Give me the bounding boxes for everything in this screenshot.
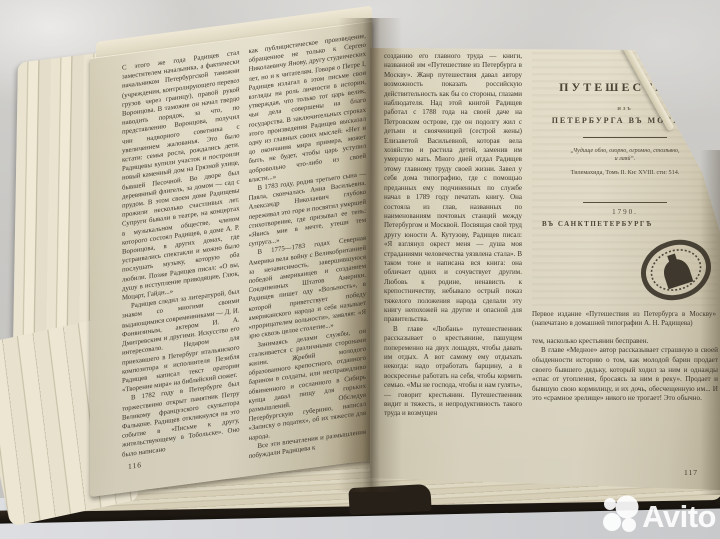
paragraph: С этого же года Радищев стал заместителе…	[122, 48, 240, 303]
facsimile-rule-2	[583, 202, 667, 203]
facsimile-place: ВЪ САНКТПЕТЕРБУРГѢ	[532, 220, 718, 228]
right-page-column-2-body: тем, насколько крестьянин бесправен. В г…	[532, 337, 718, 404]
paragraph: В главе «Медное» автор рассказывает стра…	[532, 346, 718, 404]
left-page-text-block: С этого же года Радищев стал заместителе…	[122, 32, 366, 482]
paragraph: тем, насколько крестьянин бесправен.	[532, 337, 718, 347]
book-gutter-shadow	[338, 18, 402, 492]
left-page-column-1: С этого же года Радищев стал заместителе…	[122, 48, 240, 481]
avito-watermark: Avito	[602, 495, 716, 533]
epigraph-line-2: и лаяй“.	[532, 156, 718, 164]
facsimile-year: 1790.	[532, 208, 718, 216]
paragraph: Радищев следил за литературой, был знако…	[122, 288, 240, 396]
paragraph: созданию его главного труда — книги, наз…	[384, 52, 522, 325]
avito-dots-logo-icon	[602, 495, 640, 533]
right-page-edge-shadow	[700, 150, 720, 495]
figure-caption: Первое издание «Путешествия из Петербург…	[532, 310, 716, 329]
page-number-left: 116	[128, 460, 142, 471]
facsimile-source: Тилемахида, Томъ II. Кн: XVIII. сти: 514…	[532, 169, 718, 176]
paragraph: В главе «Любань» путешественник рассказы…	[384, 325, 522, 419]
facsimile-rule	[583, 137, 667, 138]
photo-of-open-book: С этого же года Радищев стал заместителе…	[0, 0, 720, 539]
left-page: С этого же года Радищев стал заместителе…	[90, 21, 372, 497]
right-page-column-1: созданию его главного труда — книги, наз…	[384, 52, 522, 476]
page-number-right: 117	[684, 468, 698, 477]
avito-watermark-text: Avito	[642, 500, 716, 533]
